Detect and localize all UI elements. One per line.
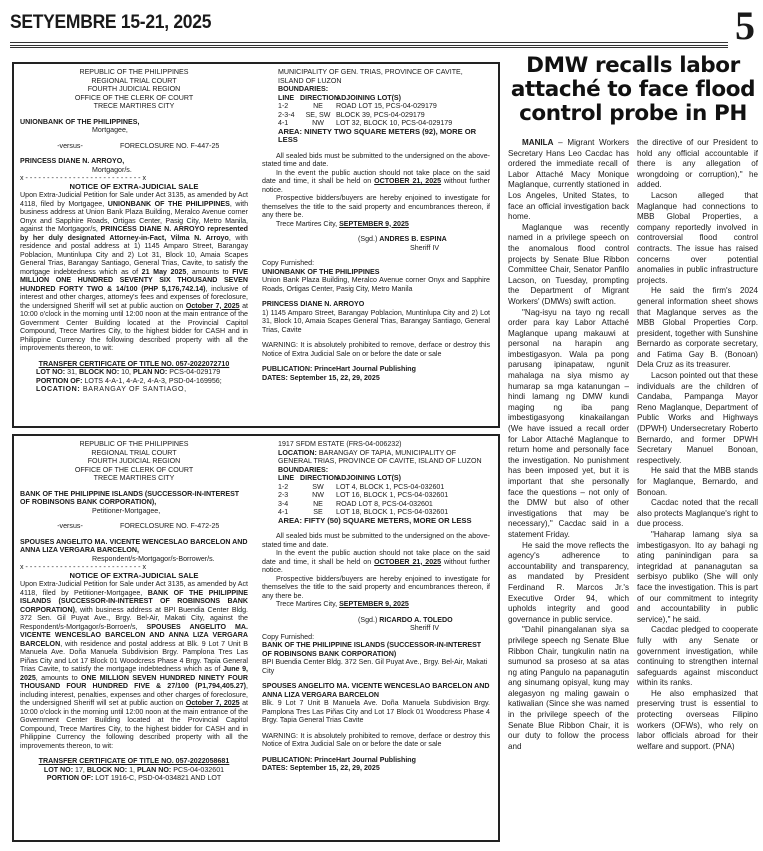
dateline: MANILA: [522, 138, 553, 147]
event-paragraph: In the event the public auction should n…: [262, 169, 490, 195]
paragraph: – Migrant Workers Secretary Hans Leo Cac…: [508, 138, 629, 221]
block-value: 10,: [121, 368, 133, 376]
plan-label: PLAN NO:: [137, 766, 173, 774]
notice-body: Upon Extra-Judicial Petition for Sale un…: [20, 191, 248, 353]
boundary-row: 2-3-4 SE, SW BLOCK 39, PCS-04-029179: [278, 111, 490, 120]
cf-recipient-1: BANK OF THE PHILIPPINE ISLANDS (SUCCESSO…: [262, 641, 490, 658]
court-header-line: TRECE MARTIRES CITY: [20, 102, 248, 111]
notice-left-column: REPUBLIC OF THE PHILIPPINES REGIONAL TRI…: [20, 440, 248, 783]
boundary-line: 1-2: [278, 483, 300, 492]
article-column-2: the directive of our President to hold a…: [637, 138, 758, 752]
body-text: at 10:00 o'clock in the morning until 12…: [20, 699, 248, 750]
masthead-rule: [10, 42, 728, 46]
cf-recipient-2: PRINCESS DIANE N. ARROYO: [262, 300, 490, 309]
tct-number: TRANSFER CERTIFICATE OF TITLE NO. 057-20…: [20, 360, 248, 369]
boundaries-label: BOUNDARIES:: [262, 466, 490, 475]
boundary-row: 2-3 NW LOT 16, BLOCK 1, PCS-04-032601: [278, 491, 490, 500]
prospective-paragraph: Prospective bidders/buyers are hereby en…: [262, 194, 490, 220]
boundary-lot: LOT 16, BLOCK 1, PCS-04-032601: [336, 491, 490, 500]
boundary-direction: SW: [300, 483, 336, 492]
lot-value: 17,: [75, 766, 87, 774]
tct-number: TRANSFER CERTIFICATE OF TITLE NO. 057-20…: [20, 757, 248, 766]
paragraph: He said that the MBB stands for Maglanqu…: [637, 466, 758, 498]
boundary-direction: NE: [300, 102, 336, 111]
case-line: -versus- FORECLOSURE NO. F-472-25: [20, 522, 248, 531]
publication-dates: DATES: September 15, 22, 29, 2025: [262, 764, 490, 773]
plaintiff-role: Petitioner-Mortgagee,: [20, 507, 248, 516]
paragraph: "Nag-isyu na tayo ng recall order para k…: [508, 308, 629, 541]
header-direction: DIRECTION: [300, 474, 336, 483]
plaintiff-name: BANK OF THE PHILIPPINE ISLANDS (SUCCESSO…: [20, 490, 248, 507]
cf-address-2: Blk. 9 Lot 7 Unit B Manuela Ave. Doña Ma…: [262, 699, 490, 725]
area: AREA: FIFTY (50) SQUARE METERS, MORE OR …: [262, 517, 490, 526]
body-text: , amounts to: [186, 268, 232, 276]
paragraph: Cacdac noted that the recall also protec…: [637, 498, 758, 530]
defendant-role: Mortgagor/s.: [20, 166, 248, 175]
sheriff-name: ANDRES B. ESPINA: [379, 235, 446, 243]
lot-details: LOT NO: 17, BLOCK NO: 1, PLAN NO: PCS-04…: [20, 766, 248, 775]
versus-label: -versus-: [20, 142, 120, 151]
plaintiff-role: Mortgagee,: [20, 126, 248, 135]
portion-details: PORTION OF: LOTS 4-A-1, 4-A-2, 4-A-3, PS…: [20, 377, 248, 386]
portion-label: PORTION OF:: [36, 377, 84, 385]
court-header-line: REGIONAL TRIAL COURT: [20, 449, 248, 458]
case-number: FORECLOSURE NO. F-447-25: [120, 142, 219, 151]
cf-address-2: 1) 1145 Amparo Street, Barangay Poblacio…: [262, 309, 490, 335]
paragraph: He also emphasized that preserving trust…: [637, 689, 758, 753]
warning: WARNING: It is absolutely prohibited to …: [262, 341, 490, 358]
reschedule-date: OCTOBER 21, 2025: [374, 177, 441, 185]
legal-notice-bpi: REPUBLIC OF THE PHILIPPINES REGIONAL TRI…: [12, 434, 500, 842]
location-details: LOCATION: BARANGAY OF TAPIA, MUNICIPALIT…: [262, 449, 490, 466]
cf-recipient-1: UNIONBANK OF THE PHILIPPINES: [262, 268, 490, 277]
paragraph: "Haharap lamang siya sa imbestigasyon. I…: [637, 530, 758, 625]
paragraph: Maglanque was recently named in a privil…: [508, 223, 629, 308]
versus-label: -versus-: [20, 522, 120, 531]
boundaries-header: LINE DIRECTION ADJOINING LOT(S): [278, 94, 490, 103]
sheriff-title: Sheriff IV: [262, 244, 490, 253]
paragraph: He said the move reflects the agency's a…: [508, 541, 629, 626]
boundaries-table: LINE DIRECTION ADJOINING LOT(S) 1-2 NE R…: [262, 94, 490, 128]
boundary-direction: NW: [300, 491, 336, 500]
header-line: LINE: [278, 94, 300, 103]
sheriff-name: RICARDO A. TOLEDO: [379, 616, 452, 624]
notice-right-column: MUNICIPALITY OF GEN. TRIAS, PROVINCE OF …: [262, 68, 490, 382]
place: Trece Martires City,: [276, 600, 339, 608]
paragraph: Cacdac pledged to cooperate fully with a…: [637, 625, 758, 689]
header-adjoining: ADJOINING LOT(S): [336, 94, 490, 103]
legal-notice-unionbank: REPUBLIC OF THE PHILIPPINES REGIONAL TRI…: [12, 62, 500, 428]
block-label: BLOCK NO:: [87, 766, 129, 774]
plan-label: PLAN NO:: [133, 368, 169, 376]
court-header-line: FOURTH JUDICIAL REGION: [20, 457, 248, 466]
boundary-lot: ROAD LOT 8, PCS-04-032601: [336, 500, 490, 509]
warning: WARNING: It is absolutely prohibited to …: [262, 732, 490, 749]
court-header-line: FOURTH JUDICIAL REGION: [20, 85, 248, 94]
boundary-direction: SE, SW: [300, 111, 336, 120]
article-headline: DMW recalls labor attaché to face flood …: [508, 54, 758, 126]
boundary-lot: ROAD LOT 15, PCS-04-029179: [336, 102, 490, 111]
notice-body: Upon Extra-Judicial Petition for Sale un…: [20, 580, 248, 750]
bids-paragraph: All sealed bids must be submitted to the…: [262, 532, 490, 549]
event-paragraph: In the event the public auction should n…: [262, 549, 490, 575]
page-number: 5: [735, 4, 755, 48]
publication: PUBLICATION: PrinceHart Journal Publishi…: [262, 365, 490, 374]
defendant-role: Respondent/s-Mortgagor/s-Borrower/s.: [20, 555, 248, 564]
paragraph: Lacson alleged that Maglanque had connec…: [637, 191, 758, 286]
boundary-row: 3-4 NE ROAD LOT 8, PCS-04-032601: [278, 500, 490, 509]
signing-date: SEPTEMBER 9, 2025: [339, 220, 409, 228]
court-header: REPUBLIC OF THE PHILIPPINES REGIONAL TRI…: [20, 440, 248, 483]
boundary-lot: BLOCK 39, PCS-04-029179: [336, 111, 490, 120]
notice-title: NOTICE OF EXTRA-JUDICIAL SALE: [20, 572, 248, 581]
place-date: Trece Martires City, SEPTEMBER 9, 2025: [262, 220, 490, 229]
case-line: -versus- FORECLOSURE NO. F-447-25: [20, 142, 248, 151]
lot-details: LOT NO: 31, BLOCK NO: 10, PLAN NO: PCS-0…: [20, 368, 248, 377]
block-label: BLOCK NO:: [79, 368, 121, 376]
auction-date: October 7, 2025: [186, 302, 240, 310]
court-header-line: REGIONAL TRIAL COURT: [20, 77, 248, 86]
court-header-line: REPUBLIC OF THE PHILIPPINES: [20, 440, 248, 449]
court-header-line: OFFICE OF THE CLERK OF COURT: [20, 94, 248, 103]
bids-paragraph: All sealed bids must be submitted to the…: [262, 152, 490, 169]
prospective-paragraph: Prospective bidders/buyers are hereby en…: [262, 575, 490, 601]
court-header-line: OFFICE OF THE CLERK OF COURT: [20, 466, 248, 475]
plan-value: PCS-04-032601: [173, 766, 224, 774]
boundary-row: 1-2 SW LOT 4, BLOCK 1, PCS-04-032601: [278, 483, 490, 492]
boundary-row: 1-2 NE ROAD LOT 15, PCS-04-029179: [278, 102, 490, 111]
location-label: LOCATION:: [36, 385, 83, 393]
boundary-line: 1-2: [278, 102, 300, 111]
paragraph: He said the firm's 2024 general informat…: [637, 286, 758, 371]
boundaries-label: BOUNDARIES:: [262, 85, 490, 94]
place: Trece Martires City,: [276, 220, 339, 228]
body-bold: UNIONBANK OF THE PHILIPPINES: [108, 200, 230, 208]
sgd-label: (Sgd.): [358, 616, 379, 624]
boundary-direction: NE: [300, 500, 336, 509]
court-header-line: TRECE MARTIRES CITY: [20, 474, 248, 483]
plaintiff-name: UNIONBANK OF THE PHILIPPINES,: [20, 118, 248, 127]
area: AREA: NINETY TWO SQUARE METERS (92), MOR…: [262, 128, 490, 145]
block-value: 1,: [129, 766, 137, 774]
location-continued: MUNICIPALITY OF GEN. TRIAS, PROVINCE OF …: [262, 68, 490, 85]
notice-left-column: REPUBLIC OF THE PHILIPPINES REGIONAL TRI…: [20, 68, 248, 394]
body-text: at 10:00 o'clock in the morning until 12…: [20, 302, 248, 353]
article-column-1: MANILA – Migrant Workers Secretary Hans …: [508, 138, 629, 752]
portion-continued: 1917 SFDM ESTATE (FRS-04-006232): [262, 440, 490, 449]
paragraph-continued: the directive of our President to hold a…: [637, 138, 758, 191]
boundary-line: 2-3: [278, 491, 300, 500]
header-adjoining: ADJOINING LOT(S): [336, 474, 490, 483]
defendant-name: SPOUSES ANGELITO MA. VICENTE WENCESLAO B…: [20, 538, 248, 555]
case-number: FORECLOSURE NO. F-472-25: [120, 522, 219, 531]
publication: PUBLICATION: PrinceHart Journal Publishi…: [262, 756, 490, 765]
paragraph: Lacson pointed out that these individual…: [637, 371, 758, 466]
defendant-name: PRINCESS DIANE N. ARROYO,: [20, 157, 248, 166]
notice-title: NOTICE OF EXTRA-JUDICIAL SALE: [20, 183, 248, 192]
portion-value: LOTS 4-A-1, 4-A-2, 4-A-3, PSD-04-169956;: [84, 377, 221, 385]
body-text: , amounts to: [36, 674, 81, 682]
body-bold: 21 May 2025: [142, 268, 187, 276]
cf-recipient-2: SPOUSES ANGELITO MA. VICENTE WENCESLAO B…: [262, 682, 490, 699]
sgd-label: (Sgd.): [358, 235, 379, 243]
paragraph-split: "Dahil pinangalanan siya sa privilege sp…: [508, 625, 629, 752]
lot-value: 31,: [67, 368, 79, 376]
court-header: REPUBLIC OF THE PHILIPPINES REGIONAL TRI…: [20, 68, 248, 111]
boundaries-table: LINE DIRECTION ADJOINING LOT(S) 1-2 SW L…: [262, 474, 490, 517]
boundary-lot: LOT 4, BLOCK 1, PCS-04-032601: [336, 483, 490, 492]
header-line: LINE: [278, 474, 300, 483]
plan-value: PCS-04-029179: [169, 368, 220, 376]
issue-date: SETYEMBRE 15-21, 2025: [10, 12, 211, 34]
lot-label: LOT NO:: [36, 368, 67, 376]
signing-date: SEPTEMBER 9, 2025: [339, 600, 409, 608]
news-article: DMW recalls labor attaché to face flood …: [508, 54, 758, 126]
reschedule-date: OCTOBER 21, 2025: [374, 558, 441, 566]
masthead: SETYEMBRE 15-21, 2025 5: [10, 8, 755, 50]
masthead-rule-secondary: [10, 47, 728, 48]
copy-furnished-label: Copy Furnished:: [262, 633, 490, 642]
portion-details-start: PORTION OF: LOT 1916-C, PSD-04-034821 AN…: [20, 774, 248, 783]
auction-date: October 7, 2025: [186, 699, 240, 707]
header-direction: DIRECTION: [300, 94, 336, 103]
portion-label: PORTION OF:: [47, 774, 95, 782]
notice-right-column: 1917 SFDM ESTATE (FRS-04-006232) LOCATIO…: [262, 440, 490, 773]
place-date: Trece Martires City, SEPTEMBER 9, 2025: [262, 600, 490, 609]
copy-furnished-label: Copy Furnished:: [262, 259, 490, 268]
location-details-start: LOCATION: BARANGAY OF SANTIAGO,: [20, 385, 248, 394]
cf-address-1: BPI Buendia Center Bldg. 372 Sen. Gil Pu…: [262, 658, 490, 675]
location-label: LOCATION:: [278, 449, 319, 457]
sheriff-title: Sheriff IV: [262, 624, 490, 633]
court-header-line: REPUBLIC OF THE PHILIPPINES: [20, 68, 248, 77]
cf-address-1: Union Bank Plaza Building, Meralco Avenu…: [262, 276, 490, 293]
boundary-line: 3-4: [278, 500, 300, 509]
signature: (Sgd.) RICARDO A. TOLEDO: [262, 616, 490, 625]
lot-label: LOT NO:: [44, 766, 75, 774]
publication-dates: DATES: September 15, 22, 29, 2025: [262, 374, 490, 383]
signature: (Sgd.) ANDRES B. ESPINA: [262, 235, 490, 244]
boundaries-header: LINE DIRECTION ADJOINING LOT(S): [278, 474, 490, 483]
boundary-line: 2-3-4: [278, 111, 300, 120]
